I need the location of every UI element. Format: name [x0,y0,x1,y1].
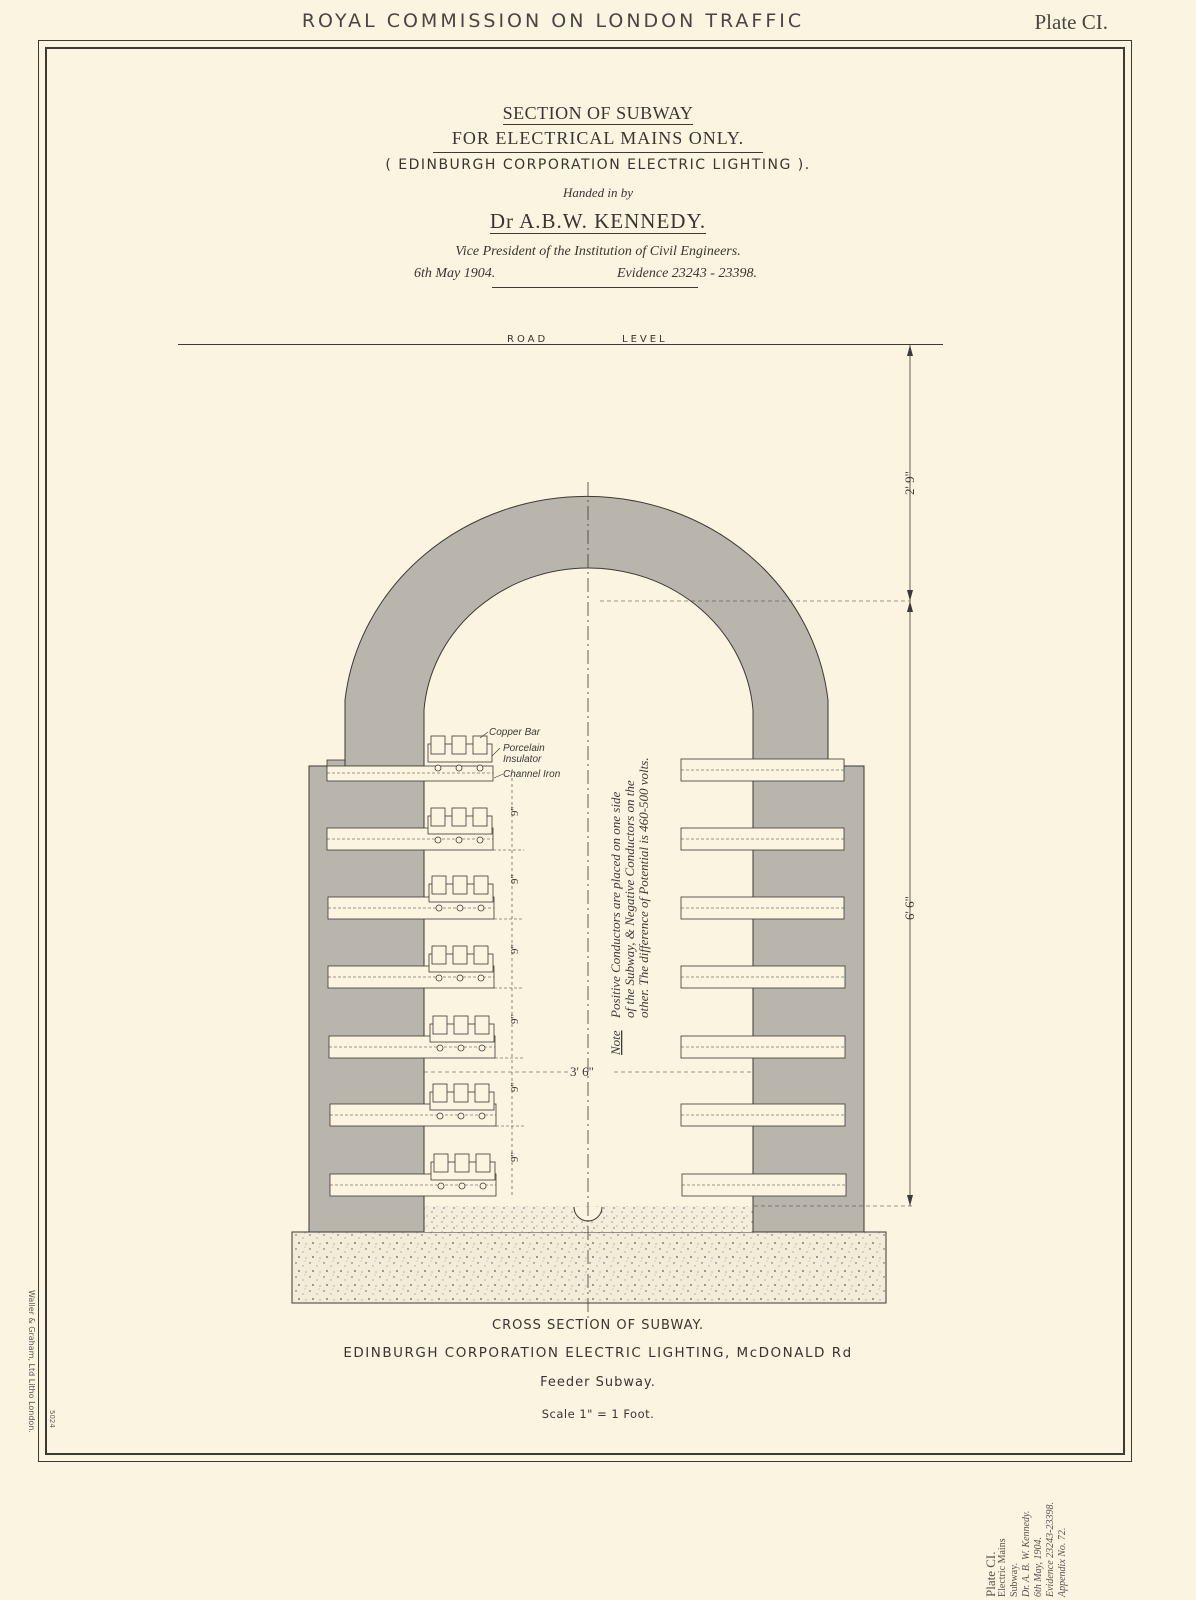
porcelain-label: Porcelain [503,743,545,754]
svg-text:9": 9" [509,1152,521,1162]
svg-text:Positive Conductors are placed: Positive Conductors are placed on one si… [608,792,623,1019]
channel-iron-label: Channel Iron [503,769,561,780]
caption-feeder: Feeder Subway. [0,1375,1196,1390]
svg-text:9": 9" [509,806,521,816]
copper-bar-label: Copper Bar [489,727,541,738]
signature-mark: 5024 [48,1410,56,1428]
svg-text:9": 9" [509,944,521,954]
spine-plate: Plate CI. [985,1492,997,1597]
svg-text:9": 9" [509,1014,521,1024]
printer-imprint: Waller & Graham, Ltd Litho London. [22,1290,36,1460]
svg-text:9": 9" [509,1082,521,1092]
spine-label: Plate CI. Electric Mains Subway. Dr. A. … [985,1492,1095,1597]
caption-location: EDINBURGH CORPORATION ELECTRIC LIGHTING,… [0,1345,1196,1361]
spine-appendix: Appendix No. 72. [1057,1492,1069,1597]
svg-text:9": 9" [509,874,521,884]
insulator-label: Insulator [503,754,542,765]
spine-date: 6th May, 1904. [1033,1492,1045,1597]
spine-subject-1: Electric Mains [997,1492,1009,1597]
svg-text:other. The difference of Poten: other. The difference of Potential is 46… [636,757,651,1018]
svg-text:Note: Note [608,1030,623,1056]
svg-text:2' 9": 2' 9" [902,471,917,495]
spine-author: Dr. A. B. W. Kennedy. [1021,1492,1033,1597]
spine-subject-2: Subway. [1009,1492,1021,1597]
svg-text:3' 6": 3' 6" [570,1064,594,1079]
spine-evidence: Evidence 23243-23398. [1045,1492,1057,1597]
svg-text:of the Subway, & Negative Cond: of the Subway, & Negative Conductors on … [622,780,637,1018]
caption-scale: Scale 1" = 1 Foot. [0,1407,1196,1421]
svg-text:6' 6": 6' 6" [902,896,917,920]
caption-cross-section: CROSS SECTION OF SUBWAY. [0,1318,1196,1333]
